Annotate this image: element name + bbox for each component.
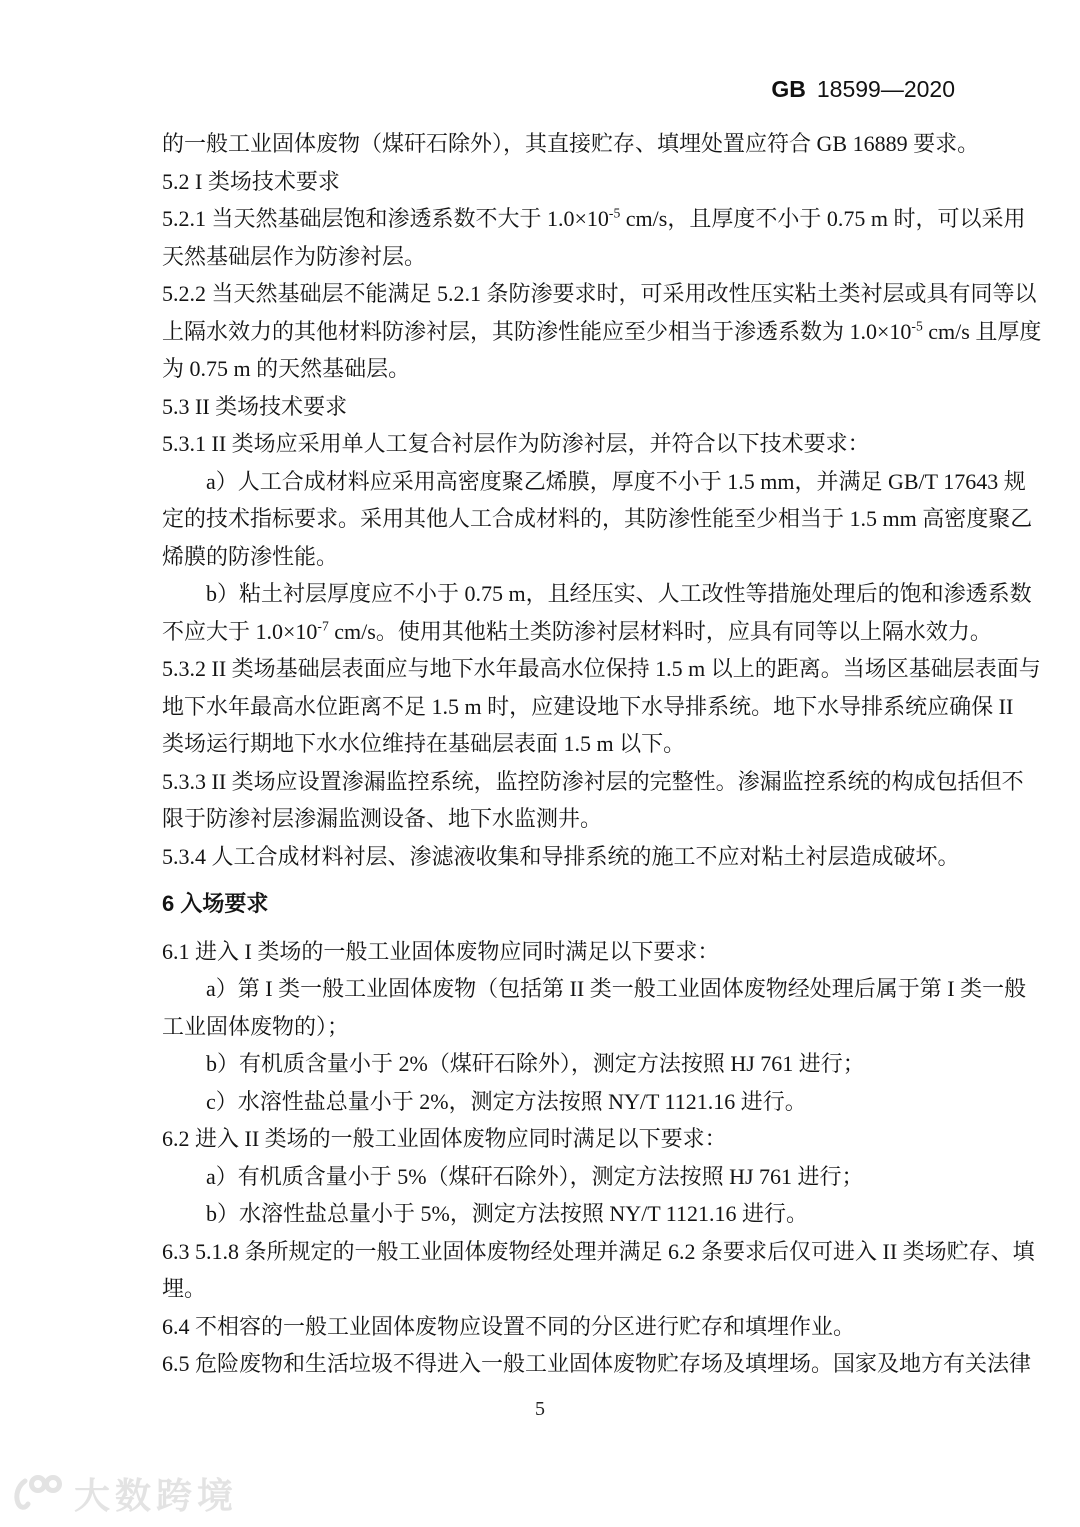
page-number: 5 [535,1398,545,1420]
text-line: 的一般工业固体废物（煤矸石除外），其直接贮存、填埋处置应符合 GB 16889 … [162,125,955,163]
text-line: 5.3.1 II 类场应采用单人工复合衬层作为防渗衬层，并符合以下技术要求： [162,425,955,463]
para-continuation-5-1-8: 的一般工业固体废物（煤矸石除外），其直接贮存、填埋处置应符合 GB 16889 … [162,125,955,163]
clause-6-4: 6.4 不相容的一般工业固体废物应设置不同的分区进行贮存和填埋作业。 [162,1308,955,1346]
heading-6: 6 入场要求 [162,885,955,923]
text-line: 烯膜的防渗性能。 [162,538,955,576]
clause-5-3-4: 5.3.4 人工合成材料衬层、渗滤液收集和导排系统的施工不应对粘土衬层造成破坏。 [162,838,955,876]
text-line: 上隔水效力的其他材料防渗衬层，其防渗性能应至少相当于渗透系数为 1.0×10-5… [162,313,955,351]
page-header: GB18599—2020 [162,76,955,103]
text-line: 埋。 [162,1270,955,1308]
watermark: 大数跨境 [10,1468,238,1519]
text-line: b）有机质含量小于 2%（煤矸石除外），测定方法按照 HJ 761 进行； [162,1045,955,1083]
standard-code-prefix: GB [771,76,806,102]
watermark-text: 大数跨境 [74,1468,238,1519]
text-line: 6.4 不相容的一般工业固体废物应设置不同的分区进行贮存和填埋作业。 [162,1308,955,1346]
text-line: 5.2.1 当天然基础层饱和渗透系数不大于 1.0×10-5 cm/s，且厚度不… [162,200,955,238]
text-line: 6.5 危险废物和生活垃圾不得进入一般工业固体废物贮存场及填埋场。国家及地方有关… [162,1345,955,1383]
document-body: 的一般工业固体废物（煤矸石除外），其直接贮存、填埋处置应符合 GB 16889 … [162,125,955,1383]
text-line: 地下水年最高水位距离不足 1.5 m 时，应建设地下水导排系统。地下水导排系统应… [162,688,955,726]
text-line: 不应大于 1.0×10-7 cm/s。使用其他粘土类防渗衬层材料时，应具有同等以… [162,613,955,651]
text-line: 工业固体废物的）； [162,1008,955,1046]
text-line: b）水溶性盐总量小于 5%，测定方法按照 NY/T 1121.16 进行。 [162,1195,955,1233]
item-5-3-1-b: b）粘土衬层厚度应不小于 0.75 m，且经压实、人工改性等措施处理后的饱和渗透… [162,575,955,650]
text-line: 定的技术指标要求。采用其他人工合成材料的，其防渗性能至少相当于 1.5 mm 高… [162,500,955,538]
text-line: 6.1 进入 I 类场的一般工业固体废物应同时满足以下要求： [162,933,955,971]
text-line: 6 入场要求 [162,885,955,923]
item-6-2-a: a）有机质含量小于 5%（煤矸石除外），测定方法按照 HJ 761 进行； [162,1158,955,1196]
text-line: 6.3 5.1.8 条所规定的一般工业固体废物经处理并满足 6.2 条要求后仅可… [162,1233,955,1271]
document-page: GB18599—2020 的一般工业固体废物（煤矸石除外），其直接贮存、填埋处置… [0,0,1080,1527]
text-line: 5.2 I 类场技术要求 [162,163,955,201]
clause-6-5: 6.5 危险废物和生活垃圾不得进入一般工业固体废物贮存场及填埋场。国家及地方有关… [162,1345,955,1383]
item-6-1-c: c）水溶性盐总量小于 2%，测定方法按照 NY/T 1121.16 进行。 [162,1083,955,1121]
text-line: a）第 I 类一般工业固体废物（包括第 II 类一般工业固体废物经处理后属于第 … [162,970,955,1008]
clause-6-3: 6.3 5.1.8 条所规定的一般工业固体废物经处理并满足 6.2 条要求后仅可… [162,1233,955,1308]
item-6-2-b: b）水溶性盐总量小于 5%，测定方法按照 NY/T 1121.16 进行。 [162,1195,955,1233]
text-line: b）粘土衬层厚度应不小于 0.75 m，且经压实、人工改性等措施处理后的饱和渗透… [162,575,955,613]
page-footer: 5 [0,1398,1080,1421]
clause-5-2-2: 5.2.2 当天然基础层不能满足 5.2.1 条防渗要求时，可采用改性压实粘土类… [162,275,955,388]
clause-5-2-1: 5.2.1 当天然基础层饱和渗透系数不大于 1.0×10-5 cm/s，且厚度不… [162,200,955,275]
clause-5-3-title: 5.3 II 类场技术要求 [162,388,955,426]
standard-code-number: 18599—2020 [817,76,955,102]
text-line: 为 0.75 m 的天然基础层。 [162,350,955,388]
text-line: a）有机质含量小于 5%（煤矸石除外），测定方法按照 HJ 761 进行； [162,1158,955,1196]
item-6-1-a: a）第 I 类一般工业固体废物（包括第 II 类一般工业固体废物经处理后属于第 … [162,970,955,1045]
clause-5-3-1: 5.3.1 II 类场应采用单人工复合衬层作为防渗衬层，并符合以下技术要求： [162,425,955,463]
text-line: 限于防渗衬层渗漏监测设备、地下水监测井。 [162,800,955,838]
text-line: 5.3.3 II 类场应设置渗漏监控系统，监控防渗衬层的完整性。渗漏监控系统的构… [162,763,955,801]
text-line: a）人工合成材料应采用高密度聚乙烯膜，厚度不小于 1.5 mm，并满足 GB/T… [162,463,955,501]
clause-6-2: 6.2 进入 II 类场的一般工业固体废物应同时满足以下要求： [162,1120,955,1158]
text-line: 5.3.4 人工合成材料衬层、渗滤液收集和导排系统的施工不应对粘土衬层造成破坏。 [162,838,955,876]
text-line: 类场运行期地下水水位维持在基础层表面 1.5 m 以下。 [162,725,955,763]
text-line: 5.3 II 类场技术要求 [162,388,955,426]
watermark-logo-icon [10,1472,64,1516]
text-line: c）水溶性盐总量小于 2%，测定方法按照 NY/T 1121.16 进行。 [162,1083,955,1121]
clause-5-3-2: 5.3.2 II 类场基础层表面应与地下水年最高水位保持 1.5 m 以上的距离… [162,650,955,763]
clause-5-3-3: 5.3.3 II 类场应设置渗漏监控系统，监控防渗衬层的完整性。渗漏监控系统的构… [162,763,955,838]
text-line: 天然基础层作为防渗衬层。 [162,238,955,276]
item-5-3-1-a: a）人工合成材料应采用高密度聚乙烯膜，厚度不小于 1.5 mm，并满足 GB/T… [162,463,955,576]
text-line: 5.3.2 II 类场基础层表面应与地下水年最高水位保持 1.5 m 以上的距离… [162,650,955,688]
text-line: 6.2 进入 II 类场的一般工业固体废物应同时满足以下要求： [162,1120,955,1158]
item-6-1-b: b）有机质含量小于 2%（煤矸石除外），测定方法按照 HJ 761 进行； [162,1045,955,1083]
clause-6-1: 6.1 进入 I 类场的一般工业固体废物应同时满足以下要求： [162,933,955,971]
text-line: 5.2.2 当天然基础层不能满足 5.2.1 条防渗要求时，可采用改性压实粘土类… [162,275,955,313]
clause-5-2-title: 5.2 I 类场技术要求 [162,163,955,201]
